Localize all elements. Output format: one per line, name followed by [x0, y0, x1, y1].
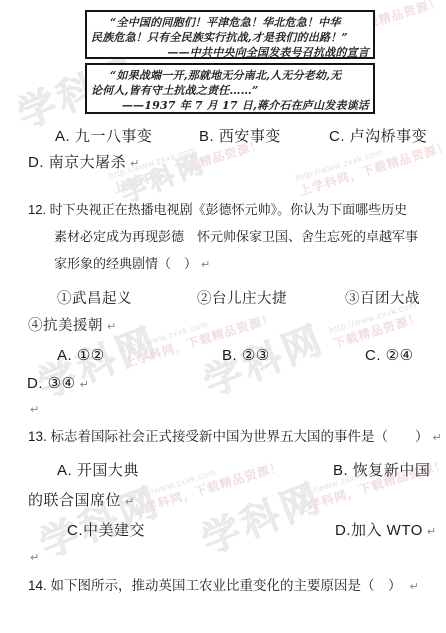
- return-mark: ↵: [354, 101, 363, 114]
- quote-box-jiang-speech: “如果战端一开,那就地无分南北,人无分老幼,无 论何人,皆有守土抗战之责任……”…: [85, 63, 375, 114]
- q12-option-d-label: D. ③④: [27, 375, 76, 392]
- q11-option-d: D. 南京大屠杀↵: [28, 154, 140, 171]
- q12-option-b: B. ②③: [222, 347, 270, 364]
- q12-option-d: D. ③④↵: [27, 375, 89, 392]
- watermark-cluster: http://www.zxxk.com 上学科网，下载精品资源！: [291, 446, 446, 517]
- q12-text-line3-label: 家形象的经典剧情（ ）: [54, 256, 197, 271]
- q13-text-label: 13. 标志着国际社会正式接受新中国为世界五大国的事件是（ ）: [28, 429, 429, 444]
- return-mark: ↵: [107, 320, 117, 333]
- return-mark: ↵: [433, 431, 442, 444]
- q12-text-line3: 家形象的经典剧情（ ）↵: [54, 257, 210, 272]
- watermark-url-text: http://www.zxxk.com: [127, 448, 279, 503]
- q13-option-a: A. 开国大典: [57, 462, 139, 479]
- return-mark: ↵: [410, 580, 419, 593]
- q14-text-label: 14. 如下图所示，推动英国工农业比重变化的主要原因是（ ）: [28, 578, 402, 593]
- q12-option-c: C. ②④: [365, 347, 414, 364]
- q12-item-4: ④抗美援朝↵: [28, 318, 117, 335]
- quote-box-ccp-declaration: “全中国的同胞们！平津危急！华北危急！中华 民族危急！只有全民族实行抗战,才是我…: [85, 10, 375, 59]
- q12-item-3: ③百团大战: [345, 291, 420, 308]
- return-mark: ↵: [80, 378, 90, 391]
- quote-line: “全中国的同胞们！平津危急！华北危急！中华: [91, 15, 369, 30]
- q12-item-1: ①武昌起义: [57, 291, 132, 308]
- return-mark: ↵: [427, 525, 437, 538]
- return-mark: ↵: [30, 551, 39, 564]
- q13-option-b-wrap-label: 的联合国席位: [28, 492, 121, 509]
- q12-item-2: ②台儿庄大捷: [197, 291, 287, 308]
- return-mark: ↵: [125, 495, 135, 508]
- return-mark: ↵: [201, 258, 210, 271]
- quote-attribution: ——1937 年 7 月 17 日,蒋介石在庐山发表谈话: [91, 98, 369, 113]
- watermark-logo: 学科网: [114, 142, 211, 210]
- watermark-logo: 学科网: [192, 466, 329, 564]
- q12-option-a: A. ①②: [57, 347, 105, 364]
- q13-option-b: B. 恢复新中国: [333, 462, 430, 479]
- quote-line: 民族危急！只有全民族实行抗战,才是我们的出路！”: [91, 30, 369, 45]
- q13-text: 13. 标志着国际社会正式接受新中国为世界五大国的事件是（ ）↵: [28, 429, 442, 445]
- q11-option-c: C. 卢沟桥事变: [329, 128, 427, 145]
- quote-line: “如果战端一开,那就地无分南北,人无分老幼,无: [91, 68, 369, 83]
- return-mark: ↵: [30, 403, 39, 416]
- q14-text: 14. 如下图所示，推动英国工农业比重变化的主要原因是（ ）↵: [28, 578, 419, 594]
- q12-text-line1: 12. 时下央视正在热播电视剧《彭德怀元帅》。你认为下面哪些历史: [28, 203, 407, 218]
- q13-option-d-label: D.加入 WTO: [335, 522, 423, 539]
- watermark-logo: 学科网: [30, 470, 167, 568]
- return-mark: ↵: [130, 157, 140, 170]
- watermark-slogan-text: 上学科网，下载精品资源！: [297, 137, 446, 199]
- exam-page: { "glyphs": { "return_mark": "↵" }, "wat…: [0, 0, 446, 633]
- q13-option-c: C.中美建交: [67, 522, 145, 539]
- watermark-cluster: http://www.zxxk.com 上学科网，下载精品资源！: [127, 448, 284, 519]
- q11-option-a: A. 九一八事变: [55, 128, 152, 145]
- quote-line: 论何人,皆有守土抗战之责任……”: [91, 83, 369, 98]
- q12-text-line2: 素材必定成为再现彭德 怀元帅保家卫国、舍生忘死的卓越军事: [54, 230, 418, 245]
- q11-option-b: B. 西安事变: [199, 128, 281, 145]
- q13-option-d: D.加入 WTO↵: [335, 522, 437, 539]
- quote-attribution: ——中共中央向全国发表号召抗战的宣言: [91, 45, 369, 60]
- watermark-slogan-text: 上学科网，下载精品资源！: [130, 457, 284, 519]
- q12-item-4-label: ④抗美援朝: [28, 318, 103, 334]
- q11-option-d-label: D. 南京大屠杀: [28, 154, 126, 171]
- q13-option-b-wrap: 的联合国席位↵: [28, 492, 135, 509]
- watermark-slogan-text: 下载精品资源！: [331, 309, 423, 352]
